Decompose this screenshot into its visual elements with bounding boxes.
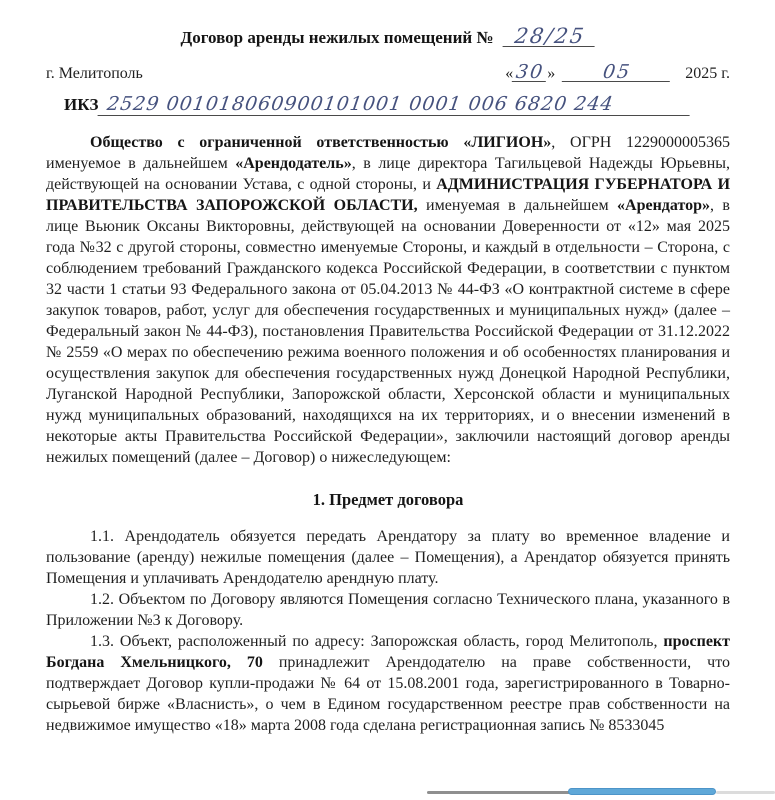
- section-1-heading: 1. Предмет договора: [46, 490, 730, 510]
- clause-1-2: 1.2. Объектом по Договору являются Помещ…: [46, 589, 730, 631]
- meta-row: г. Мелитополь «30»05 2025 г.: [46, 64, 730, 83]
- clause-1-3: 1.3. Объект, расположенный по адресу: За…: [46, 631, 730, 736]
- ikz-number-handwritten: 2529 001018060900101001 0001 006 6820 24…: [97, 95, 692, 116]
- document-title-row: Договор аренды нежилых помещений №28/25: [46, 26, 730, 48]
- date-year-label: 2025 г.: [685, 65, 730, 82]
- scrollbar-track-right: [716, 791, 775, 794]
- date-close-quote: »: [547, 65, 555, 82]
- ikz-label: ИКЗ: [64, 95, 99, 116]
- ikz-row: ИКЗ 2529 001018060900101001 0001 006 682…: [64, 95, 730, 116]
- scrollbar-thumb[interactable]: [568, 788, 716, 795]
- preamble-paragraph: Общество с ограниченной ответственностью…: [46, 132, 730, 468]
- date-day-handwritten: 30: [512, 64, 549, 82]
- city-label: г. Мелитополь: [46, 65, 143, 83]
- date-month-handwritten: 05: [562, 64, 673, 82]
- document-title: Договор аренды нежилых помещений №: [181, 28, 494, 47]
- contract-number-handwritten: 28/25: [502, 26, 597, 47]
- scrollbar-track-left: [427, 791, 570, 794]
- date-line: «30»05 2025 г.: [505, 64, 730, 83]
- contract-document-page: Договор аренды нежилых помещений №28/25 …: [0, 0, 775, 800]
- clause-1-1: 1.1. Арендодатель обязуется передать Аре…: [46, 526, 730, 589]
